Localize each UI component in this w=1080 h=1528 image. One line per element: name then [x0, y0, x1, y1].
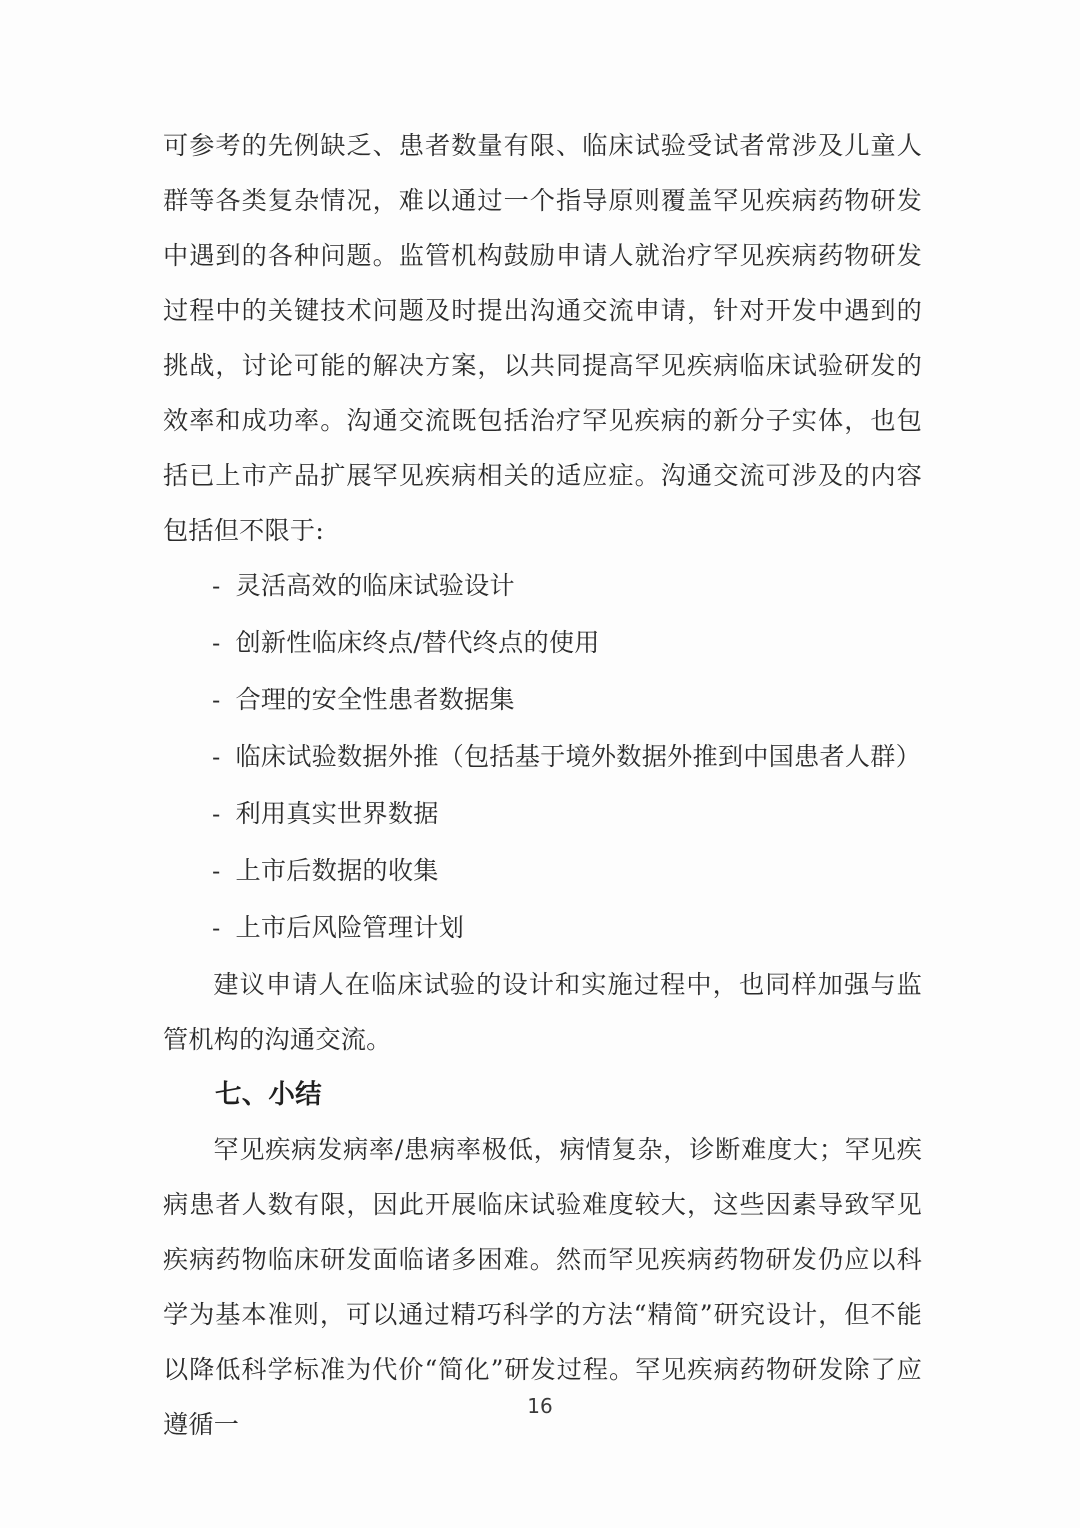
page-body-text: 可参考的先例缺乏、患者数量有限、临床试验受试者常涉及儿童人群等各类复杂情况，难以… [163, 118, 922, 1452]
bullet-item-novel-endpoints: - 创新性临床终点/替代终点的使用 [163, 615, 922, 672]
paragraph-advice: 建议申请人在临床试验的设计和实施过程中，也同样加强与监管机构的沟通交流。 [163, 957, 922, 1067]
bullet-list: - 灵活高效的临床试验设计 - 创新性临床终点/替代终点的使用 - 合理的安全性… [163, 558, 922, 957]
document-page: 可参考的先例缺乏、患者数量有限、临床试验受试者常涉及儿童人群等各类复杂情况，难以… [0, 0, 1080, 1528]
bullet-dash-icon: - [212, 731, 236, 786]
bullet-item-trial-design: - 灵活高效的临床试验设计 [163, 558, 922, 615]
paragraph-communication-intro: 可参考的先例缺乏、患者数量有限、临床试验受试者常涉及儿童人群等各类复杂情况，难以… [163, 118, 922, 558]
bullet-dash-icon: - [212, 788, 236, 843]
bullet-item-real-world-data: - 利用真实世界数据 [163, 786, 922, 843]
bullet-item-label: 上市后风险管理计划 [236, 900, 923, 955]
page-number: 16 [0, 1394, 1080, 1418]
bullet-item-label: 利用真实世界数据 [236, 786, 923, 841]
bullet-item-label: 合理的安全性患者数据集 [236, 672, 923, 727]
bullet-item-label: 临床试验数据外推（包括基于境外数据外推到中国患者人群） [236, 729, 923, 784]
bullet-dash-icon: - [212, 617, 236, 672]
bullet-dash-icon: - [212, 674, 236, 729]
bullet-item-safety-dataset: - 合理的安全性患者数据集 [163, 672, 922, 729]
bullet-item-risk-management-plan: - 上市后风险管理计划 [163, 900, 922, 957]
bullet-dash-icon: - [212, 845, 236, 900]
bullet-dash-icon: - [212, 902, 236, 957]
bullet-item-label: 创新性临床终点/替代终点的使用 [236, 615, 923, 670]
bullet-dash-icon: - [212, 560, 236, 615]
bullet-item-data-extrapolation: - 临床试验数据外推（包括基于境外数据外推到中国患者人群） [163, 729, 922, 786]
bullet-item-label: 灵活高效的临床试验设计 [236, 558, 923, 613]
section-heading-summary: 七、小结 [163, 1067, 922, 1122]
bullet-item-label: 上市后数据的收集 [236, 843, 923, 898]
bullet-item-postmarket-data: - 上市后数据的收集 [163, 843, 922, 900]
